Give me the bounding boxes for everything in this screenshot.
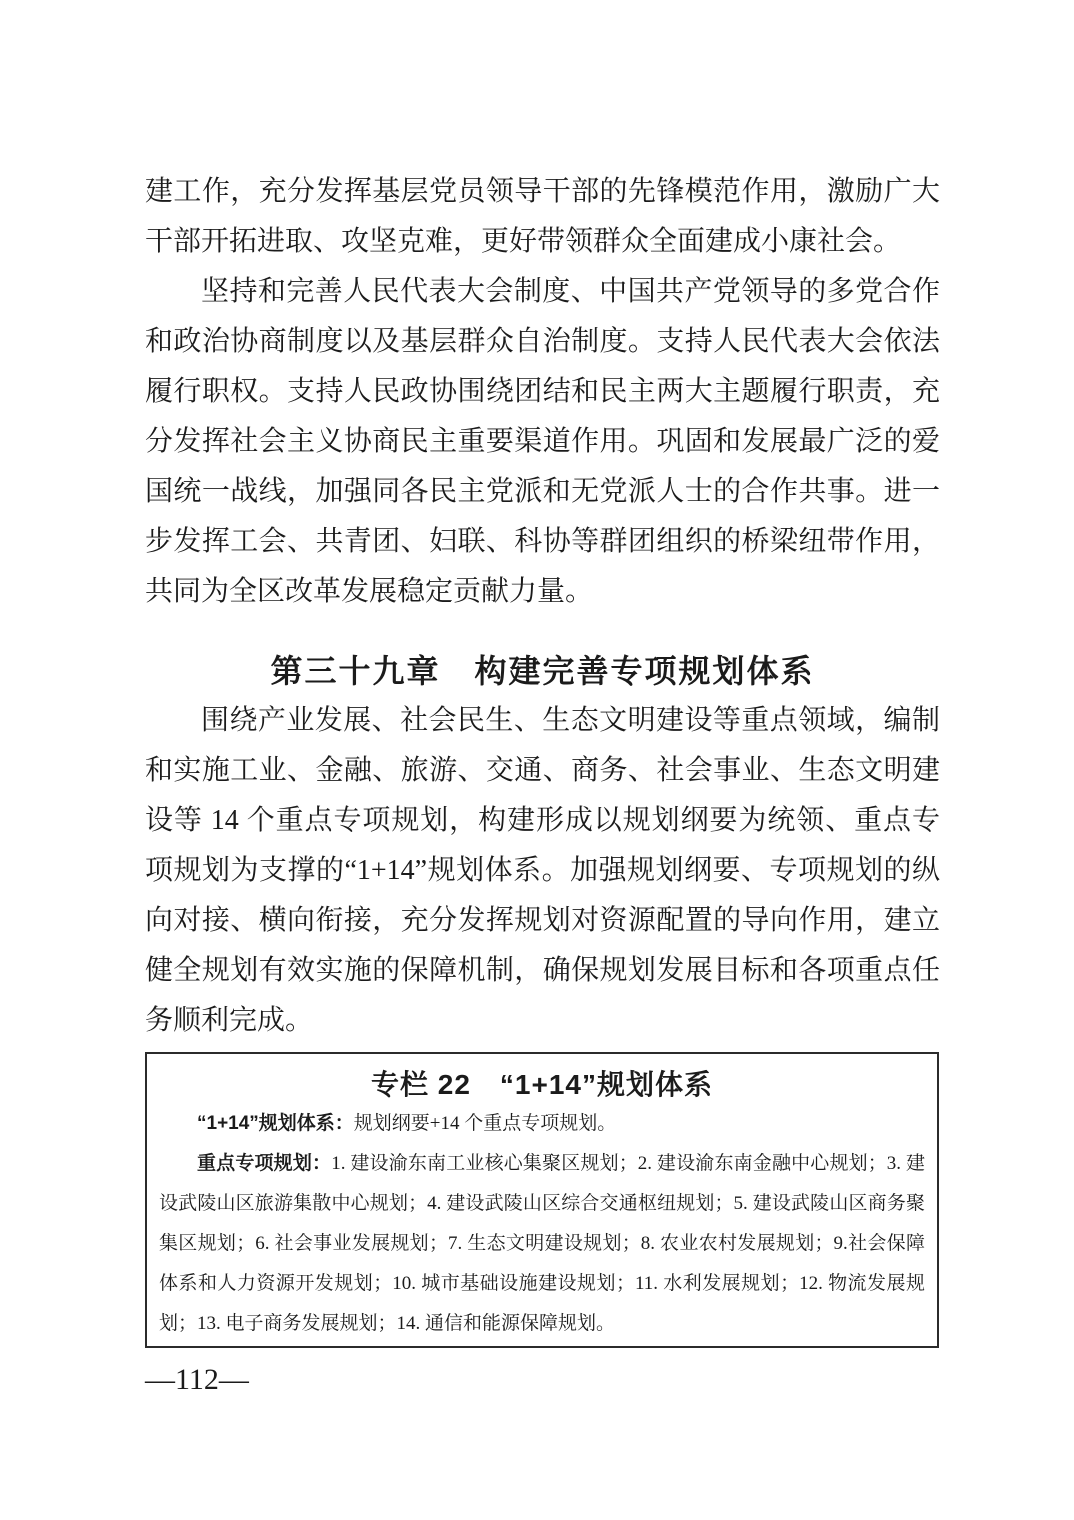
box-definition-text: 规划纲要+14 个重点专项规划。 xyxy=(354,1113,616,1134)
box-definition-label: “1+14”规划体系： xyxy=(197,1113,354,1134)
paragraph-continuation: 建工作，充分发挥基层党员领导干部的先锋模范作用，激励广大干部开拓进取、攻坚克难，… xyxy=(145,167,940,267)
box-title: 专栏 22 “1+14”规划体系 xyxy=(159,1066,925,1104)
special-column-box: 专栏 22 “1+14”规划体系 “1+14”规划体系：规划纲要+14 个重点专… xyxy=(145,1052,939,1348)
document-page: 建工作，充分发挥基层党员领导干部的先锋模范作用，激励广大干部开拓进取、攻坚克难，… xyxy=(0,0,1074,1520)
page-number: —112— xyxy=(145,1362,249,1398)
paragraph-planning-system: 围绕产业发展、社会民生、生态文明建设等重点领域，编制和实施工业、金融、旅游、交通… xyxy=(145,696,940,1046)
box-plans-paragraph: 重点专项规划：1. 建设渝东南工业核心集聚区规划；2. 建设渝东南金融中心规划；… xyxy=(159,1144,925,1344)
paragraph-united-front: 坚持和完善人民代表大会制度、中国共产党领导的多党合作和政治协商制度以及基层群众自… xyxy=(145,267,940,617)
box-plans-list: 1. 建设渝东南工业核心集聚区规划；2. 建设渝东南金融中心规划；3. 建设武陵… xyxy=(159,1153,925,1334)
chapter-heading: 第三十九章 构建完善专项规划体系 xyxy=(145,646,940,696)
box-definition-line: “1+14”规划体系：规划纲要+14 个重点专项规划。 xyxy=(159,1104,925,1144)
page-body: 建工作，充分发挥基层党员领导干部的先锋模范作用，激励广大干部开拓进取、攻坚克难，… xyxy=(145,167,940,1348)
box-plans-label: 重点专项规划： xyxy=(197,1153,331,1174)
